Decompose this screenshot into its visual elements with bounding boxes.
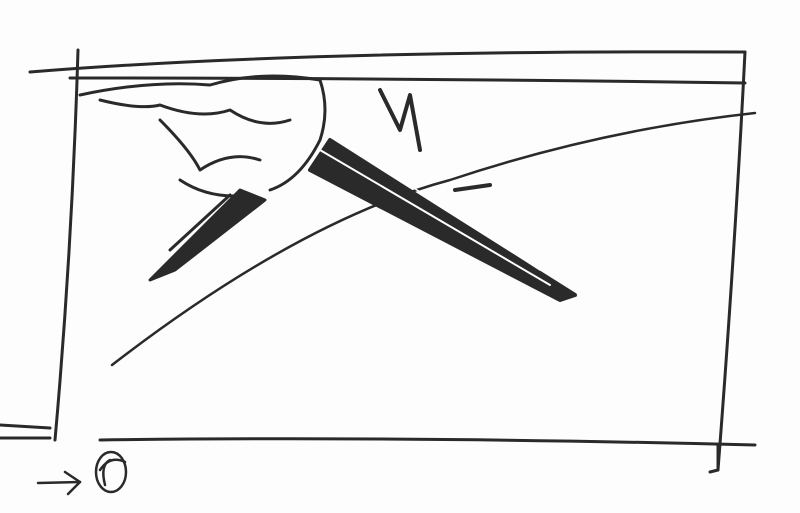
frame-border xyxy=(0,50,755,472)
sketch-canvas xyxy=(0,0,800,513)
annotation-arrow-icon xyxy=(38,472,80,494)
craft-body xyxy=(310,90,575,300)
exhaust-plume xyxy=(80,76,325,280)
circled-mark-icon xyxy=(96,452,126,492)
storyboard-sketch xyxy=(0,0,800,513)
